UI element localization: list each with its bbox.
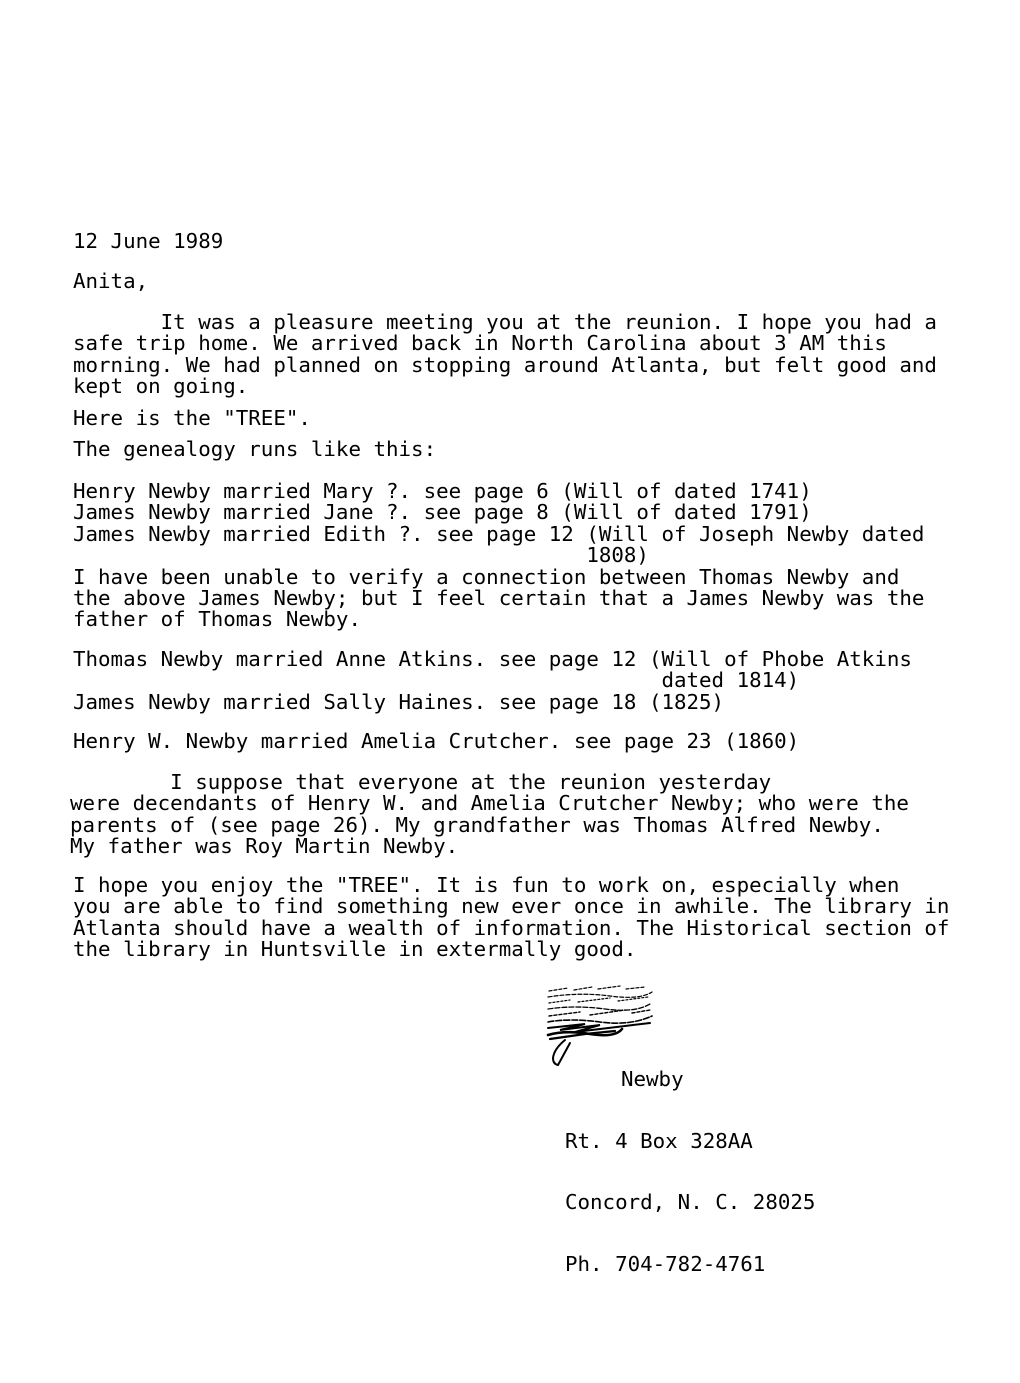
paragraph-opening: It was a pleasure meeting you at the reu… — [73, 312, 937, 398]
signature-name: Newby — [565, 1069, 815, 1090]
signature-address-line-1: Rt. 4 Box 328AA — [565, 1131, 815, 1152]
signature-block: Newby Rt. 4 Box 328AA Concord, N. C. 280… — [565, 1028, 815, 1315]
genealogy-block-1: Henry Newby married Mary ?. see page 6 (… — [73, 481, 924, 631]
paragraph-genealogy-intro: The genealogy runs like this: — [73, 439, 436, 460]
paragraph-reunion: I suppose that everyone at the reunion y… — [70, 772, 909, 858]
signature-phone: Ph. 704-782-4761 — [565, 1254, 815, 1275]
salutation: Anita, — [73, 271, 148, 292]
paragraph-tree-intro: Here is the "TREE". — [73, 408, 311, 429]
paragraph-closing: I hope you enjoy the "TREE". It is fun t… — [73, 875, 949, 961]
letter-date: 12 June 1989 — [73, 231, 223, 252]
signature-address-line-2: Concord, N. C. 28025 — [565, 1192, 815, 1213]
genealogy-block-2: Thomas Newby married Anne Atkins. see pa… — [73, 649, 912, 713]
genealogy-block-3: Henry W. Newby married Amelia Crutcher. … — [73, 731, 799, 752]
letter-page: 12 June 1989 Anita, It was a pleasure me… — [0, 0, 1020, 1383]
